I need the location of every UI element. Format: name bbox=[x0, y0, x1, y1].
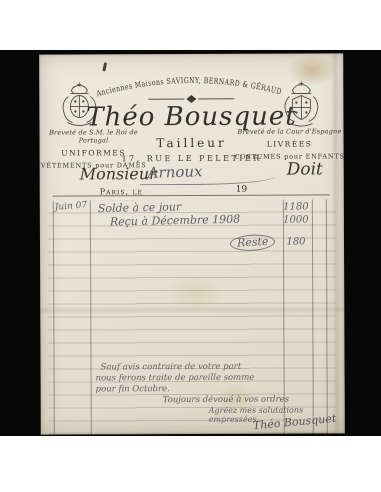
note-line: Toujours dévoué à vos ordres bbox=[163, 395, 289, 406]
place-date-label: Paris, le bbox=[100, 187, 143, 196]
note-line: Sauf avis contraire de votre part bbox=[101, 362, 242, 373]
right-patent-line: Breveté de la Cour d'Espagne bbox=[233, 127, 344, 135]
right-service-line-1: LIVRÉES bbox=[234, 139, 345, 148]
coat-of-arms-icon-left bbox=[55, 80, 103, 128]
closing-note: Sauf avis contraire de votre part nous f… bbox=[39, 53, 343, 54]
right-credentials-block: Breveté de la Cour d'Espagne LIVRÉES COS… bbox=[233, 127, 344, 160]
entry-amount: 1180 bbox=[282, 201, 310, 212]
entry-amount: 1000 bbox=[282, 214, 310, 225]
year-prefix: 19 bbox=[236, 185, 247, 195]
coat-of-arms-icon-right bbox=[277, 79, 325, 127]
entry-description: Solde à ce jour bbox=[98, 200, 182, 215]
client-underline-flourish bbox=[140, 170, 275, 186]
invoice-paper: Anciennes Maisons SAVIGNY, BERNARD & GÉR… bbox=[39, 53, 345, 434]
date-line-rule bbox=[53, 194, 330, 196]
note-line: pour fin Octobre. bbox=[96, 384, 170, 394]
left-service-line-1: UNIFORMES bbox=[39, 148, 149, 157]
balance-amount: 180 bbox=[282, 236, 310, 247]
left-patent-line: Breveté de S.M. le Roi de Portugal bbox=[39, 128, 149, 144]
doit-label: Doit bbox=[287, 159, 323, 179]
note-line: nous ferons traite de pareille somme bbox=[96, 373, 255, 384]
